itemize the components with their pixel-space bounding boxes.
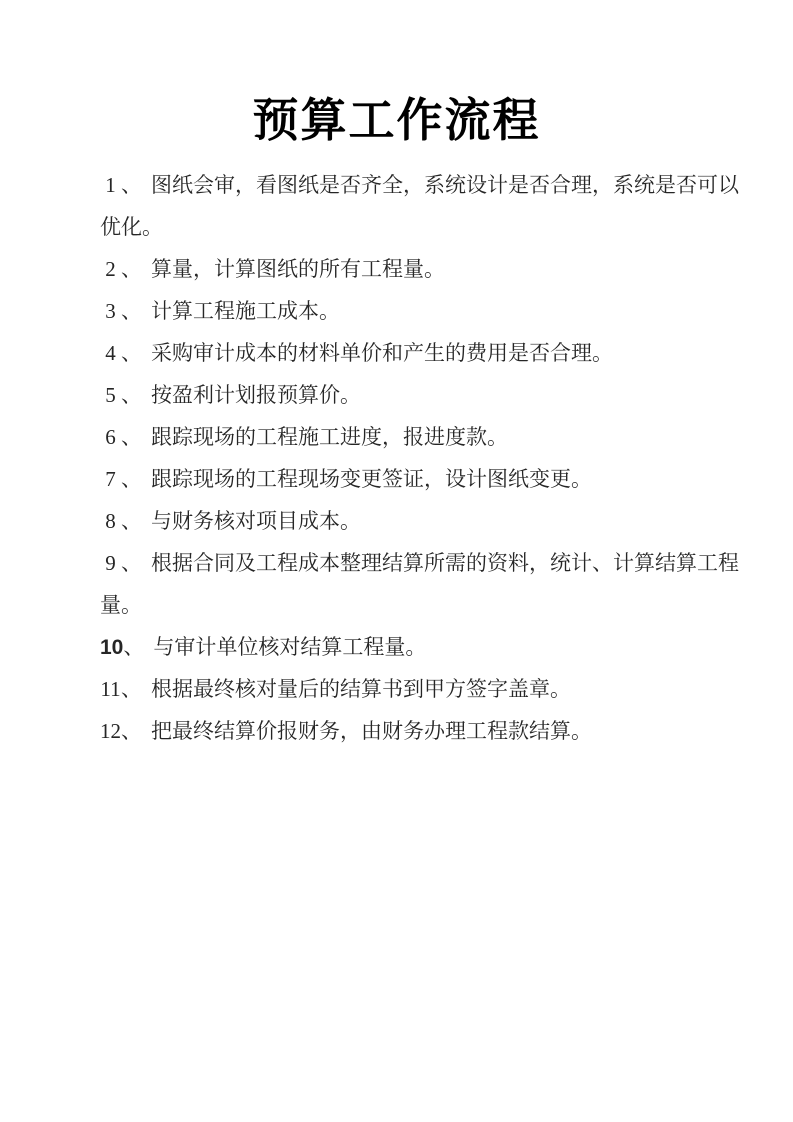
list-item-1-continuation: 优化。 <box>100 206 693 248</box>
item-separator: 、 <box>121 332 142 374</box>
item-text: 计算工程施工成本。 <box>151 299 340 323</box>
item-number: 3 <box>100 290 121 332</box>
item-number: 7 <box>100 458 121 500</box>
item-separator: 、 <box>121 458 142 500</box>
item-text-continued: 优化。 <box>100 215 163 239</box>
item-separator: 、 <box>121 290 142 332</box>
list-item-3: 3、计算工程施工成本。 <box>100 290 693 332</box>
item-number: 6 <box>100 416 121 458</box>
item-number: 8 <box>100 500 121 542</box>
item-text: 把最终结算价报财务，由财务办理工程款结算。 <box>151 719 592 743</box>
item-text-continued: 量。 <box>100 593 142 617</box>
item-text: 跟踪现场的工程施工进度，报进度款。 <box>151 425 508 449</box>
list-item-12: 12、把最终结算价报财务，由财务办理工程款结算。 <box>100 710 693 752</box>
list-item-7: 7、跟踪现场的工程现场变更签证，设计图纸变更。 <box>100 458 693 500</box>
item-number: 9 <box>100 542 121 584</box>
item-separator: 、 <box>121 542 142 584</box>
list-item-9-continuation: 量。 <box>100 584 693 626</box>
item-number: 4 <box>100 332 121 374</box>
item-text: 与审计单位核对结算工程量。 <box>153 635 426 659</box>
item-text: 按盈利计划报预算价。 <box>151 383 361 407</box>
list-item-10: 10、与审计单位核对结算工程量。 <box>100 626 693 668</box>
list-item-4: 4、采购审计成本的材料单价和产生的费用是否合理。 <box>100 332 693 374</box>
item-separator: 、 <box>121 416 142 458</box>
item-separator: 、 <box>121 668 142 710</box>
item-separator: 、 <box>121 710 142 752</box>
item-separator: 、 <box>121 248 142 290</box>
item-number: 11 <box>100 668 121 710</box>
list-item-1: 1、图纸会审，看图纸是否齐全，系统设计是否合理，系统是否可以 <box>100 164 693 206</box>
list-item-6: 6、跟踪现场的工程施工进度，报进度款。 <box>100 416 693 458</box>
item-number: 1 <box>100 164 121 206</box>
item-separator: 、 <box>123 626 144 668</box>
item-text: 采购审计成本的材料单价和产生的费用是否合理。 <box>151 341 613 365</box>
item-number: 12 <box>100 710 121 752</box>
item-text: 根据最终核对量后的结算书到甲方签字盖章。 <box>151 677 571 701</box>
item-number: 2 <box>100 248 121 290</box>
item-number: 5 <box>100 374 121 416</box>
item-text: 跟踪现场的工程现场变更签证，设计图纸变更。 <box>151 467 592 491</box>
list-item-8: 8、与财务核对项目成本。 <box>100 500 693 542</box>
item-separator: 、 <box>121 500 142 542</box>
item-text: 与财务核对项目成本。 <box>151 509 361 533</box>
item-text: 算量，计算图纸的所有工程量。 <box>151 257 445 281</box>
list-item-5: 5、按盈利计划报预算价。 <box>100 374 693 416</box>
page-title: 预算工作流程 <box>100 94 693 148</box>
list-item-11: 11、根据最终核对量后的结算书到甲方签字盖章。 <box>100 668 693 710</box>
document-body: 1、图纸会审，看图纸是否齐全，系统设计是否合理，系统是否可以 优化。 2、算量，… <box>100 164 693 752</box>
item-number: 10 <box>100 627 123 669</box>
list-item-9: 9、根据合同及工程成本整理结算所需的资料，统计、计算结算工程 <box>100 542 693 584</box>
item-separator: 、 <box>121 164 142 206</box>
document-page: 预算工作流程 1、图纸会审，看图纸是否齐全，系统设计是否合理，系统是否可以 优化… <box>0 0 793 1122</box>
item-separator: 、 <box>121 374 142 416</box>
list-item-2: 2、算量，计算图纸的所有工程量。 <box>100 248 693 290</box>
item-text: 根据合同及工程成本整理结算所需的资料，统计、计算结算工程 <box>151 551 739 575</box>
item-text: 图纸会审，看图纸是否齐全，系统设计是否合理，系统是否可以 <box>151 173 739 197</box>
